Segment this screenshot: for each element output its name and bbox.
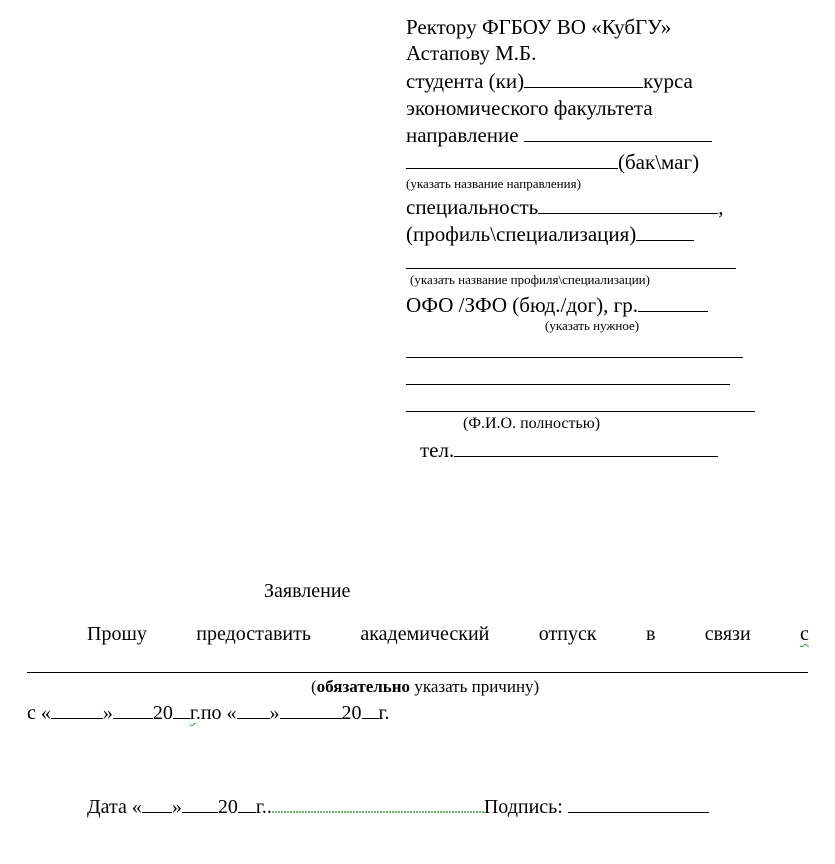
profile-label: (профиль\специализация) — [406, 222, 636, 246]
profile-field[interactable] — [636, 223, 694, 241]
request-word: академический — [360, 621, 489, 647]
period-dot-po: .по « — [196, 702, 237, 724]
study-form-hint: (указать нужное) — [545, 318, 639, 334]
direction-field[interactable] — [524, 124, 712, 142]
date-label: Дата « — [87, 796, 142, 818]
date-signature-line: Дата «»20г..Подпись: — [87, 794, 709, 820]
study-form-line: ОФО /ЗФО (бюд./дог), гр. — [406, 292, 708, 318]
degree-line: (бак\маг) — [406, 149, 699, 175]
reason-field[interactable] — [27, 672, 808, 673]
date-year-field[interactable] — [238, 795, 256, 813]
request-word: Прошу — [87, 621, 147, 647]
course-suffix: курса — [643, 69, 693, 93]
profile-line: (профиль\специализация) — [406, 221, 694, 247]
period-close-quote: » — [103, 702, 113, 724]
study-form-label: ОФО /ЗФО (бюд./дог), гр. — [406, 293, 638, 317]
fio-field-line-1[interactable] — [406, 357, 743, 358]
period-end: г. — [379, 702, 390, 724]
date-month-field[interactable] — [182, 795, 218, 813]
reason-hint: (обязательно указать причину) — [311, 677, 539, 697]
specialty-label: специальность — [406, 195, 538, 219]
specialty-comma: , — [718, 195, 723, 219]
request-word: связи — [705, 621, 751, 647]
date-year: 20 — [218, 796, 238, 818]
period-close-quote-2: » — [270, 702, 280, 724]
direction-label: направление — [406, 123, 519, 147]
student-course-line: студента (ки)курса — [406, 68, 693, 94]
request-word: отпуск — [539, 621, 597, 647]
period-from-year: 20 — [153, 702, 173, 724]
profile-field-continued[interactable] — [406, 268, 736, 269]
addressee-line-1: Ректору ФГБОУ ВО «КубГУ» — [406, 14, 671, 40]
phone-label: тел. — [420, 438, 454, 462]
signature-label: Подпись: — [484, 796, 563, 818]
addressee-line-2: Астапову М.Б. — [406, 40, 536, 66]
date-close-quote: » — [172, 796, 182, 818]
from-year-field[interactable] — [173, 701, 190, 719]
to-month-field[interactable] — [280, 701, 342, 719]
request-word: предоставить — [196, 621, 311, 647]
period-line: с «»20г.по «»20г. — [27, 700, 390, 726]
signature-field[interactable] — [568, 795, 709, 813]
faculty-line: экономического факультета — [406, 95, 653, 121]
direction-field-continued[interactable] — [406, 151, 618, 169]
request-sentence: Прошу предоставить академический отпуск … — [87, 621, 809, 647]
specialty-line: специальность, — [406, 194, 724, 220]
fio-hint: (Ф.И.О. полностью) — [463, 414, 600, 434]
profile-hint: (указать название профиля\специализации) — [410, 272, 650, 288]
specialty-field[interactable] — [538, 196, 718, 214]
degree-options: (бак\маг) — [618, 150, 699, 174]
phone-field[interactable] — [454, 439, 718, 457]
spellcheck-squiggle — [272, 796, 484, 813]
fio-field-line-2[interactable] — [406, 384, 730, 385]
period-to-year: 20 — [342, 702, 362, 724]
date-g: г.. — [256, 796, 272, 818]
course-field[interactable] — [524, 70, 643, 88]
phone-line: тел. — [420, 437, 718, 463]
direction-line: направление — [406, 122, 712, 148]
request-word: в — [646, 621, 655, 647]
document-title: Заявление — [264, 578, 350, 604]
date-day-field[interactable] — [142, 795, 172, 813]
group-field[interactable] — [638, 294, 708, 312]
from-day-field[interactable] — [51, 701, 103, 719]
to-year-field[interactable] — [362, 701, 379, 719]
fio-field-line-3[interactable] — [406, 411, 755, 412]
direction-hint: (указать название направления) — [406, 176, 581, 192]
to-day-field[interactable] — [237, 701, 270, 719]
student-prefix: студента (ки) — [406, 69, 524, 93]
request-word: с — [800, 621, 809, 647]
reason-hint-rest: указать причину) — [410, 677, 539, 696]
reason-hint-bold: обязательно — [317, 677, 410, 696]
period-from-prefix: с « — [27, 702, 51, 724]
from-month-field[interactable] — [113, 701, 153, 719]
